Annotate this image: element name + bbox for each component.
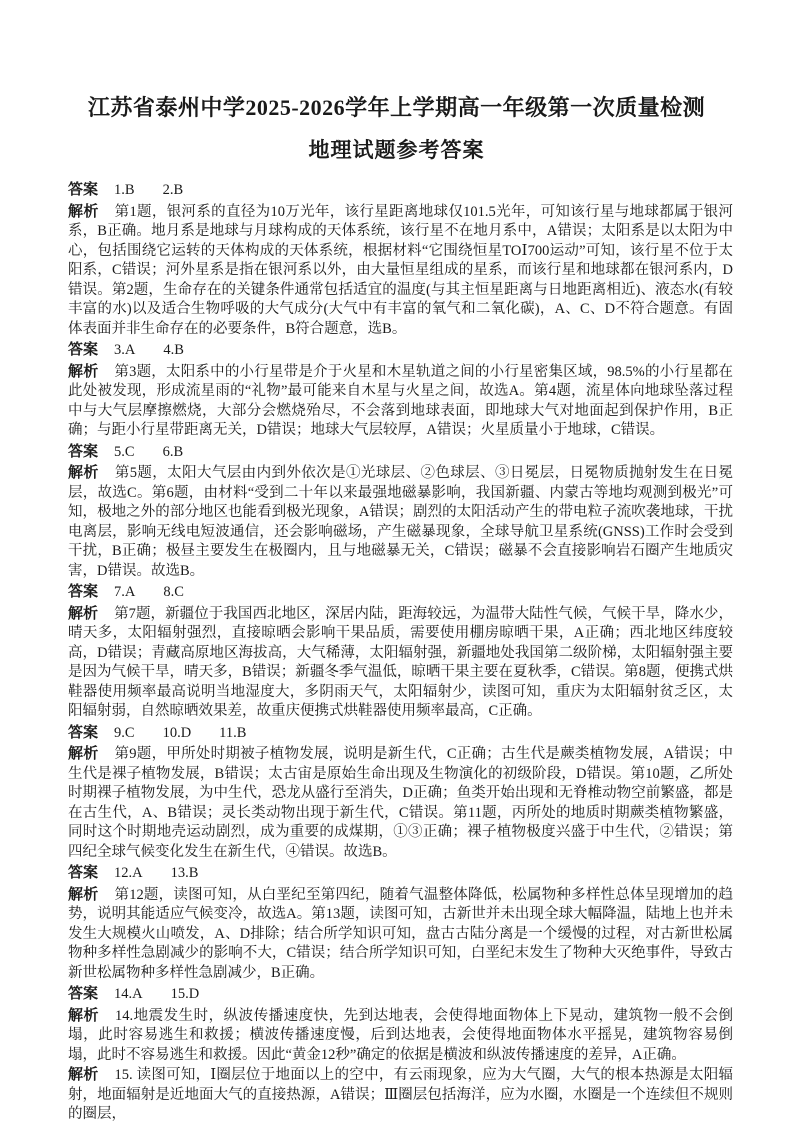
analysis-paragraph: 解析第3题，太阳系中的小行星带是介于火星和木星轨道之间的小行星密集区域，98.5…: [68, 362, 733, 441]
answer-row: 答案5.C6.B: [68, 442, 733, 463]
analysis-paragraph: 解析15. 读图可知，Ⅰ圈层位于地面以上的空中，有云雨现象，应为大气圈，大气的根…: [68, 1065, 733, 1122]
answer-label: 答案: [68, 724, 98, 741]
answer-value: 4.B: [163, 342, 184, 358]
document-subtitle: 地理试题参考答案: [40, 137, 753, 164]
answer-row: 答案14.A15.D: [68, 984, 733, 1005]
answer-value: 14.A: [114, 986, 143, 1002]
answer-value: 2.B: [163, 182, 184, 198]
analysis-label: 解析: [68, 203, 99, 220]
answer-row: 答案1.B2.B: [68, 180, 733, 201]
answer-value: 13.B: [171, 865, 199, 881]
document-title: 江苏省泰州中学2025-2026学年上学期高一年级第一次质量检测: [40, 93, 753, 123]
analysis-text: 第7题，新疆位于我国西北地区，深居内陆，距海较远，为温带大陆性气候，气候干旱，降…: [68, 606, 733, 720]
answer-label: 答案: [68, 985, 98, 1002]
answer-label: 答案: [68, 583, 98, 600]
answer-value: 10.D: [163, 725, 192, 741]
answer-value: 8.C: [163, 584, 184, 600]
analysis-text: 15. 读图可知，Ⅰ圈层位于地面以上的空中，有云雨现象，应为大气圈，大气的根本热…: [68, 1067, 733, 1122]
answer-value: 11.B: [219, 725, 246, 741]
analysis-paragraph: 解析第7题，新疆位于我国西北地区，深居内陆，距海较远，为温带大陆性气候，气候干旱…: [68, 604, 733, 722]
document-page: 江苏省泰州中学2025-2026学年上学期高一年级第一次质量检测 地理试题参考答…: [0, 0, 793, 1122]
answer-value: 5.C: [114, 444, 135, 460]
answer-row: 答案9.C10.D11.B: [68, 723, 733, 744]
answer-value: 3.A: [114, 342, 135, 358]
analysis-label: 解析: [68, 745, 99, 762]
analysis-text: 第9题，甲所处时期被子植物发展，说明是新生代，C正确；古生代是蕨类植物发展，A错…: [68, 746, 733, 860]
answer-label: 答案: [68, 443, 98, 460]
answer-label: 答案: [68, 181, 98, 198]
analysis-text: 第3题，太阳系中的小行星带是介于火星和木星轨道之间的小行星密集区域，98.5%的…: [68, 364, 733, 439]
analysis-paragraph: 解析第5题，太阳大气层由内到外依次是①光球层、②色球层、③日冕层，日冕物质抛射发…: [68, 463, 733, 581]
analysis-label: 解析: [68, 1066, 99, 1083]
analysis-text: 第1题，银河系的直径为10万光年，该行星距离地球仅101.5光年，可知该行星与地…: [68, 204, 733, 337]
answer-label: 答案: [68, 341, 98, 358]
answer-value: 9.C: [114, 725, 135, 741]
analysis-text: 第12题，读图可知，从白垩纪至第四纪，随着气温整体降低，松属物种多样性总体呈现增…: [68, 887, 733, 981]
analysis-label: 解析: [68, 464, 99, 481]
answer-value: 7.A: [114, 584, 135, 600]
answer-label: 答案: [68, 864, 98, 881]
analysis-paragraph: 解析第12题，读图可知，从白垩纪至第四纪，随着气温整体降低，松属物种多样性总体呈…: [68, 885, 733, 984]
answer-value: 12.A: [114, 865, 143, 881]
analysis-paragraph: 解析14.地震发生时，纵波传播速度快，先到达地表，会使得地面物体上下晃动，建筑物…: [68, 1006, 733, 1066]
answer-value: 6.B: [163, 444, 184, 460]
analysis-label: 解析: [68, 886, 98, 903]
analysis-label: 解析: [68, 605, 98, 622]
answer-key-content: 答案1.B2.B解析第1题，银河系的直径为10万光年，该行星距离地球仅101.5…: [68, 180, 733, 1122]
answer-row: 答案12.A13.B: [68, 863, 733, 884]
analysis-paragraph: 解析第1题，银河系的直径为10万光年，该行星距离地球仅101.5光年，可知该行星…: [68, 202, 733, 340]
analysis-text: 第5题，太阳大气层由内到外依次是①光球层、②色球层、③日冕层，日冕物质抛射发生在…: [68, 465, 733, 579]
answer-value: 15.D: [171, 986, 200, 1002]
answer-row: 答案7.A8.C: [68, 582, 733, 603]
analysis-paragraph: 解析第9题，甲所处时期被子植物发展，说明是新生代，C正确；古生代是蕨类植物发展，…: [68, 744, 733, 862]
analysis-label: 解析: [68, 1007, 99, 1024]
analysis-label: 解析: [68, 363, 98, 380]
analysis-text: 14.地震发生时，纵波传播速度快，先到达地表，会使得地面物体上下晃动，建筑物一般…: [68, 1008, 733, 1063]
answer-row: 答案3.A4.B: [68, 340, 733, 361]
answer-value: 1.B: [114, 182, 135, 198]
